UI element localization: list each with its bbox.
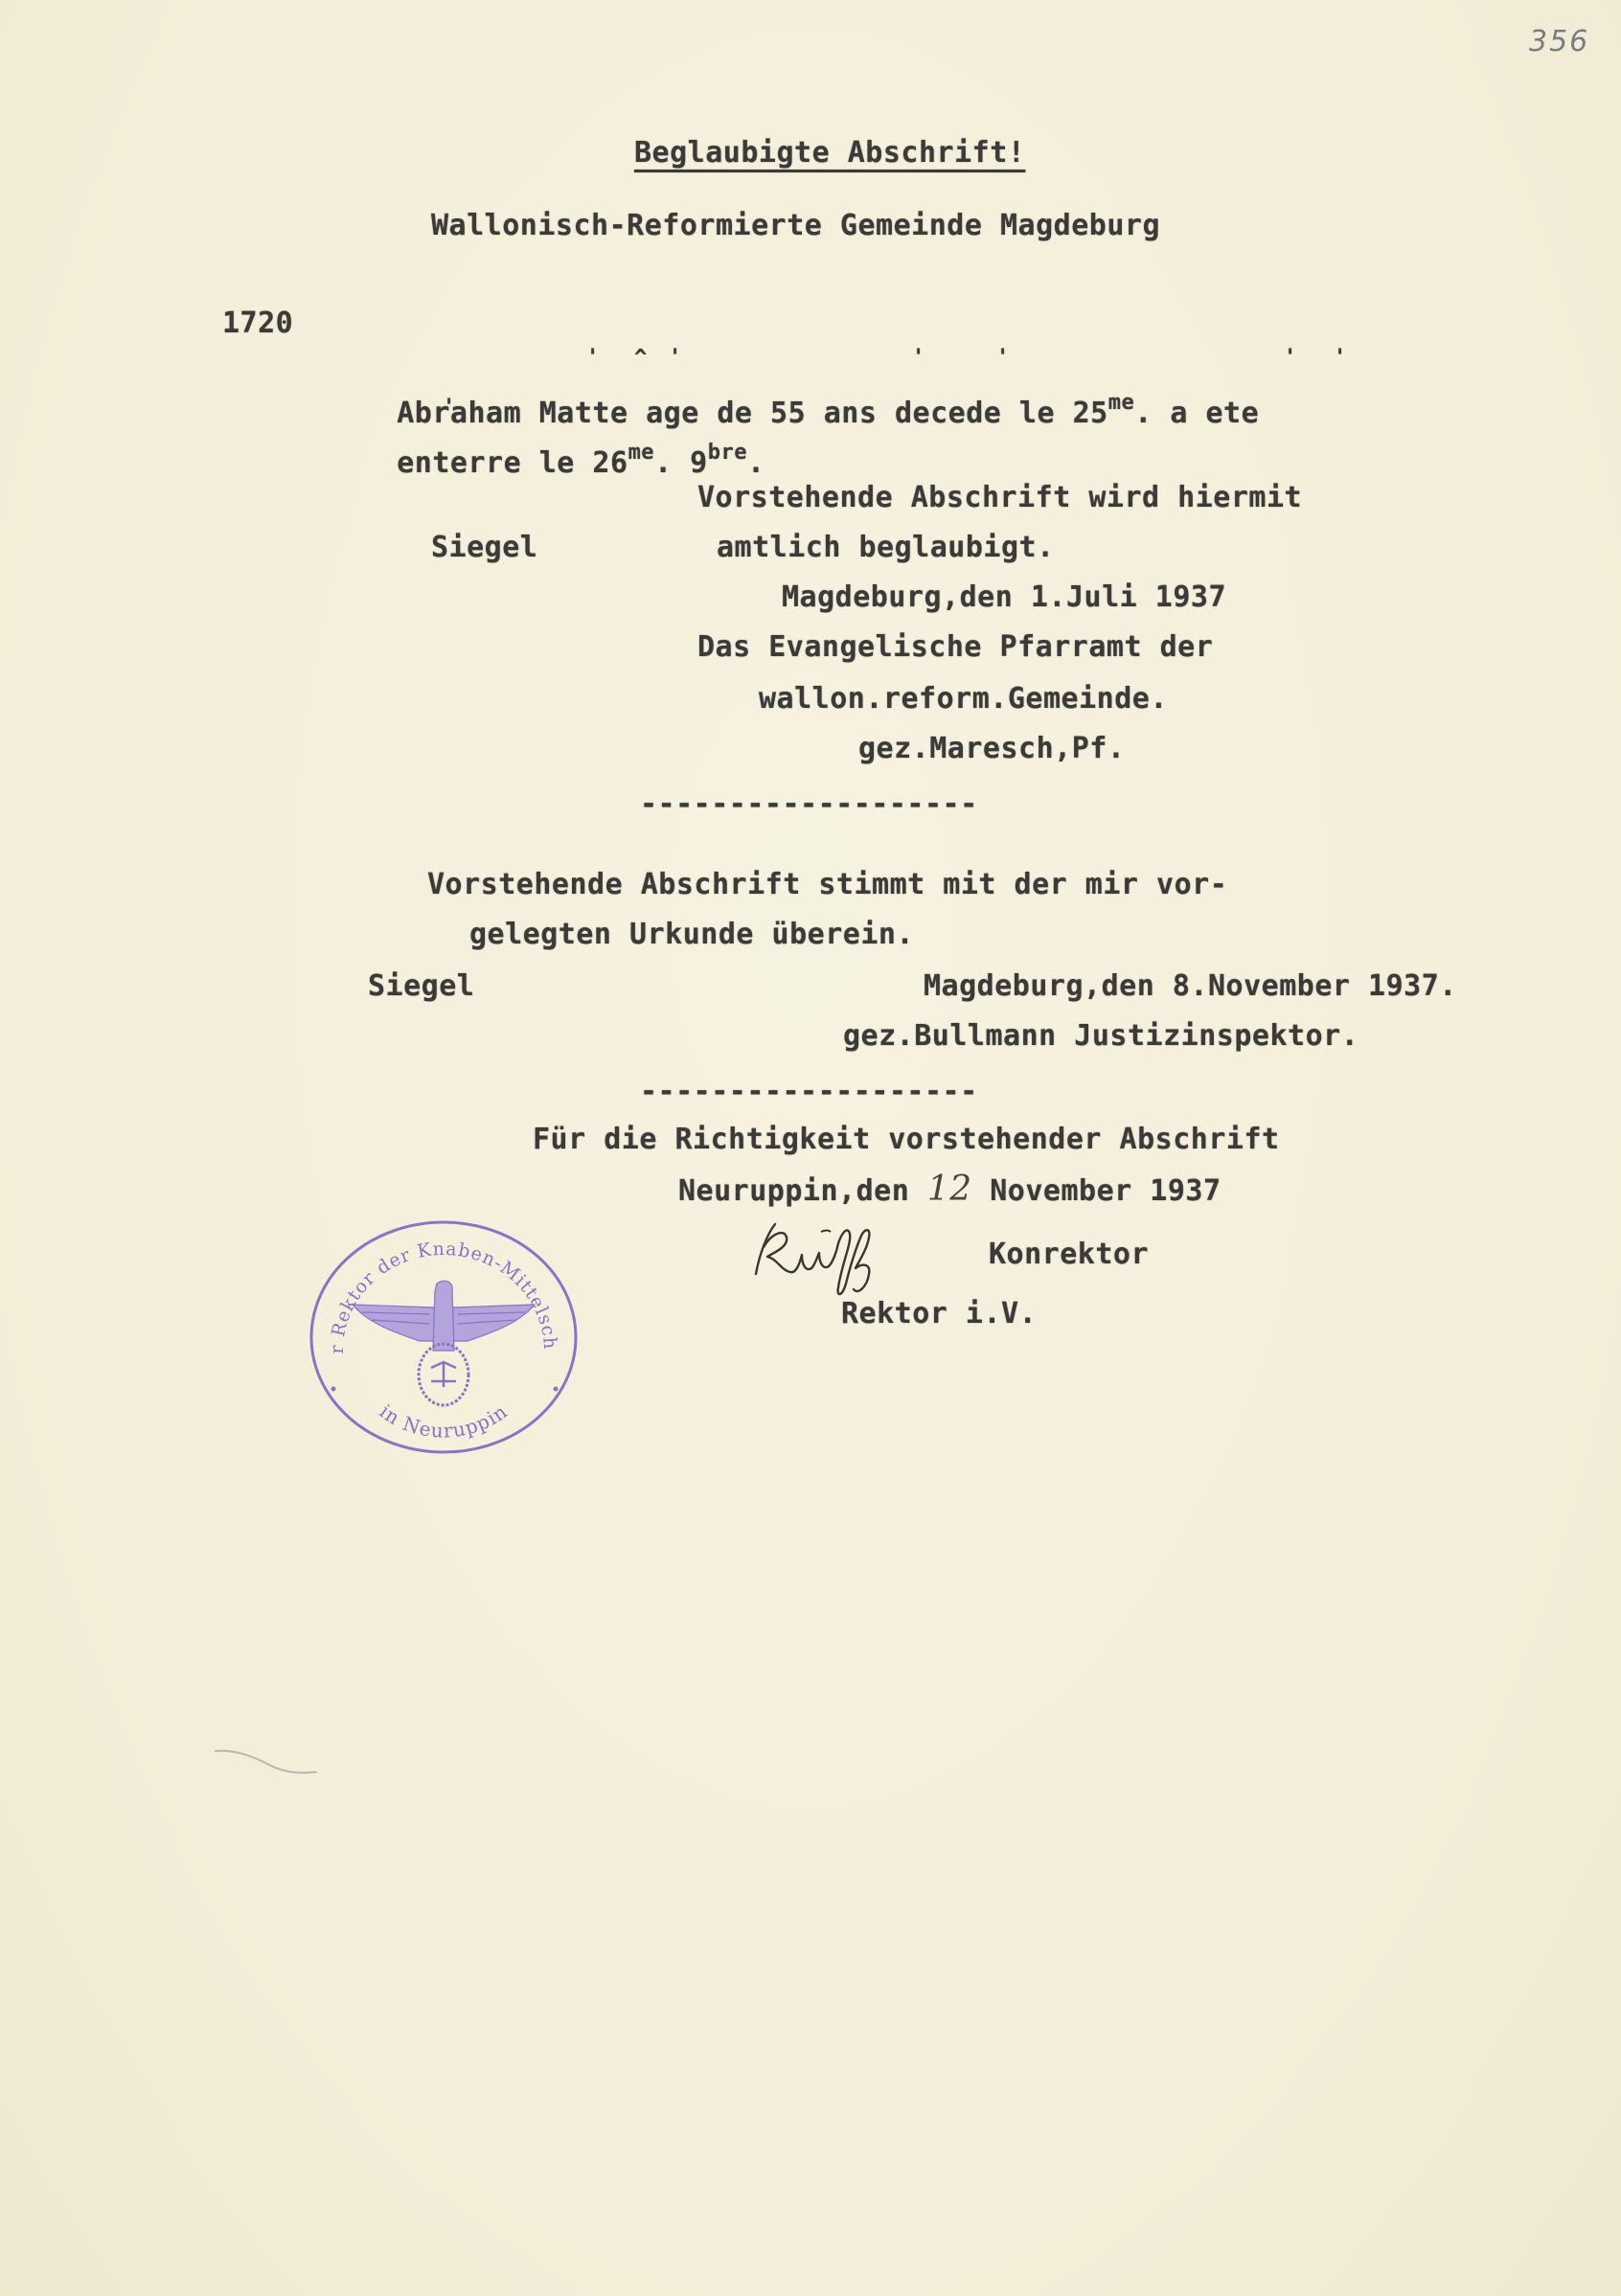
cert3-line-1: Für die Richtigkeit vorstehender Abschri… <box>533 1123 1280 1157</box>
separator-1: ------------------- <box>640 787 978 822</box>
cert1-signed: gez.Maresch,Pf. <box>858 732 1125 766</box>
superscript: me <box>1108 391 1135 415</box>
entry-year: 1720 <box>222 307 293 341</box>
eagle-emblem-icon <box>353 1281 535 1351</box>
cert2-seal-label: Siegel <box>368 969 474 1004</box>
document-title: Beglaubigte Abschrift! <box>634 136 1025 170</box>
accent-mark: ' <box>586 341 600 375</box>
congregation-name: Wallonisch-Reformierte Gemeinde Magdebur… <box>431 209 1160 243</box>
page-number: 356 <box>1529 25 1589 58</box>
entry-ete: a ete <box>1153 397 1259 430</box>
period: . <box>747 446 765 480</box>
entry-month: 9 <box>673 446 708 480</box>
handwritten-signature <box>742 1215 972 1301</box>
place-suffix: November 1937 <box>972 1174 1221 1208</box>
accent-mark: ' <box>1334 341 1347 375</box>
cert3-role-2: Rektor i.V. <box>841 1297 1037 1331</box>
accent-mark: ' <box>912 341 925 375</box>
cert1-line-2: amtlich beglaubigt. <box>717 531 1055 565</box>
cert2-line-1: Vorstehende Abschrift stimmt mit der mir… <box>427 868 1227 902</box>
cert3-role-1: Konrektor <box>989 1238 1149 1272</box>
cert1-place-date: Magdeburg,den 1.Juli 1937 <box>782 580 1226 615</box>
pencil-smudge <box>211 1743 326 1782</box>
accent-mark: ' <box>443 391 456 425</box>
cert2-line-2: gelegten Urkunde überein. <box>469 918 914 952</box>
circumflex-mark: ^ <box>634 341 648 375</box>
separator-2: ------------------- <box>640 1075 978 1109</box>
accent-mark: ' <box>1284 341 1297 375</box>
cert1-line-1: Vorstehende Abschrift wird hiermit <box>697 481 1302 515</box>
cert1-seal-label: Siegel <box>431 531 537 565</box>
superscript: bre <box>708 441 747 465</box>
entry-burial-text: enterre le 26 <box>397 446 628 480</box>
cert1-office-line-1: Das Evangelische Pfarramt der <box>697 630 1213 665</box>
emblem-center-icon <box>431 1362 456 1387</box>
official-stamp: Der Rektor der Knaben-Mittelschule in Ne… <box>305 1216 582 1458</box>
superscript: me <box>628 441 655 465</box>
cert3-place-date: Neuruppin,den 12 November 1937 <box>678 1172 1221 1209</box>
accent-mark: ' <box>996 341 1010 375</box>
cert2-place-date: Magdeburg,den 8.November 1937. <box>924 969 1457 1004</box>
cert2-signed: gez.Bullmann Justizinspektor. <box>843 1019 1358 1054</box>
cert1-office-line-2: wallon.reform.Gemeinde. <box>759 682 1168 716</box>
place-prefix: Neuruppin,den <box>678 1174 927 1208</box>
accent-mark: ' <box>669 341 682 375</box>
handwritten-day: 12 <box>927 1170 972 1209</box>
document-page: 356 Beglaubigte Abschrift! Wallonisch-Re… <box>0 0 1621 2296</box>
